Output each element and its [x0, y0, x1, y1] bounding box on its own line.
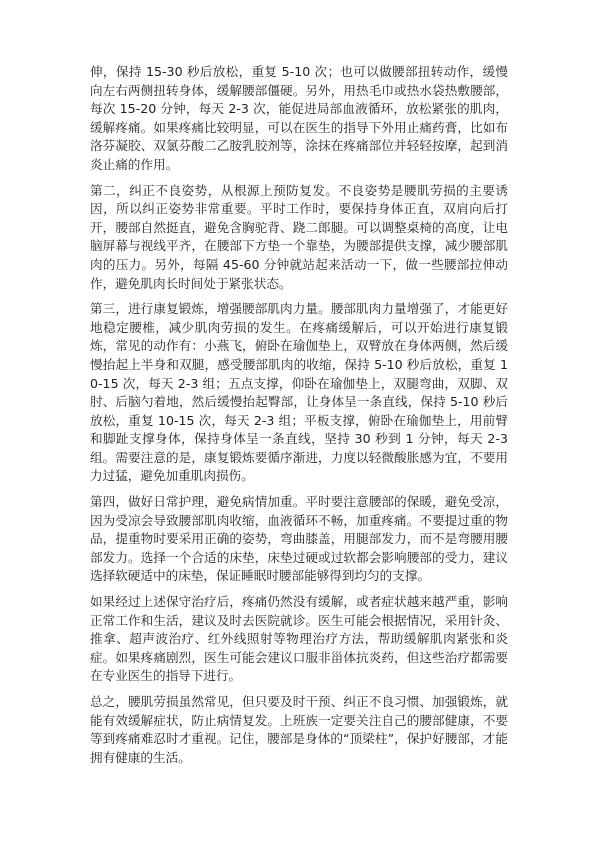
- paragraph-conclusion: 总之，腰肌劳损虽然常见，但只要及时干预、纠正不良习惯、加强锻炼，就能有效缓解症状…: [90, 693, 508, 767]
- paragraph-see-doctor: 如果经过上述保守治疗后，疼痛仍然没有缓解，或者症状越来越严重，影响正常工作和生活…: [90, 593, 508, 686]
- document-page: 伸，保持 15-30 秒后放松，重复 5-10 次；也可以做腰部扭转动作，缓慢向…: [90, 63, 508, 774]
- paragraph-daily-care: 第四，做好日常护理，避免病情加重。平时要注意腰部的保暖，避免受凉，因为受凉会导致…: [90, 493, 508, 586]
- paragraph-correct-posture: 第二，纠正不良姿势，从根源上预防复发。不良姿势是腰肌劳损的主要诱因，所以纠正姿势…: [90, 182, 508, 294]
- paragraph-rehab-exercise: 第三，进行康复锻炼，增强腰部肌肉力量。腰部肌肉力量增强了，才能更好地稳定腰椎，减…: [90, 300, 508, 486]
- paragraph-stretching-and-heat: 伸，保持 15-30 秒后放松，重复 5-10 次；也可以做腰部扭转动作，缓慢向…: [90, 63, 508, 175]
